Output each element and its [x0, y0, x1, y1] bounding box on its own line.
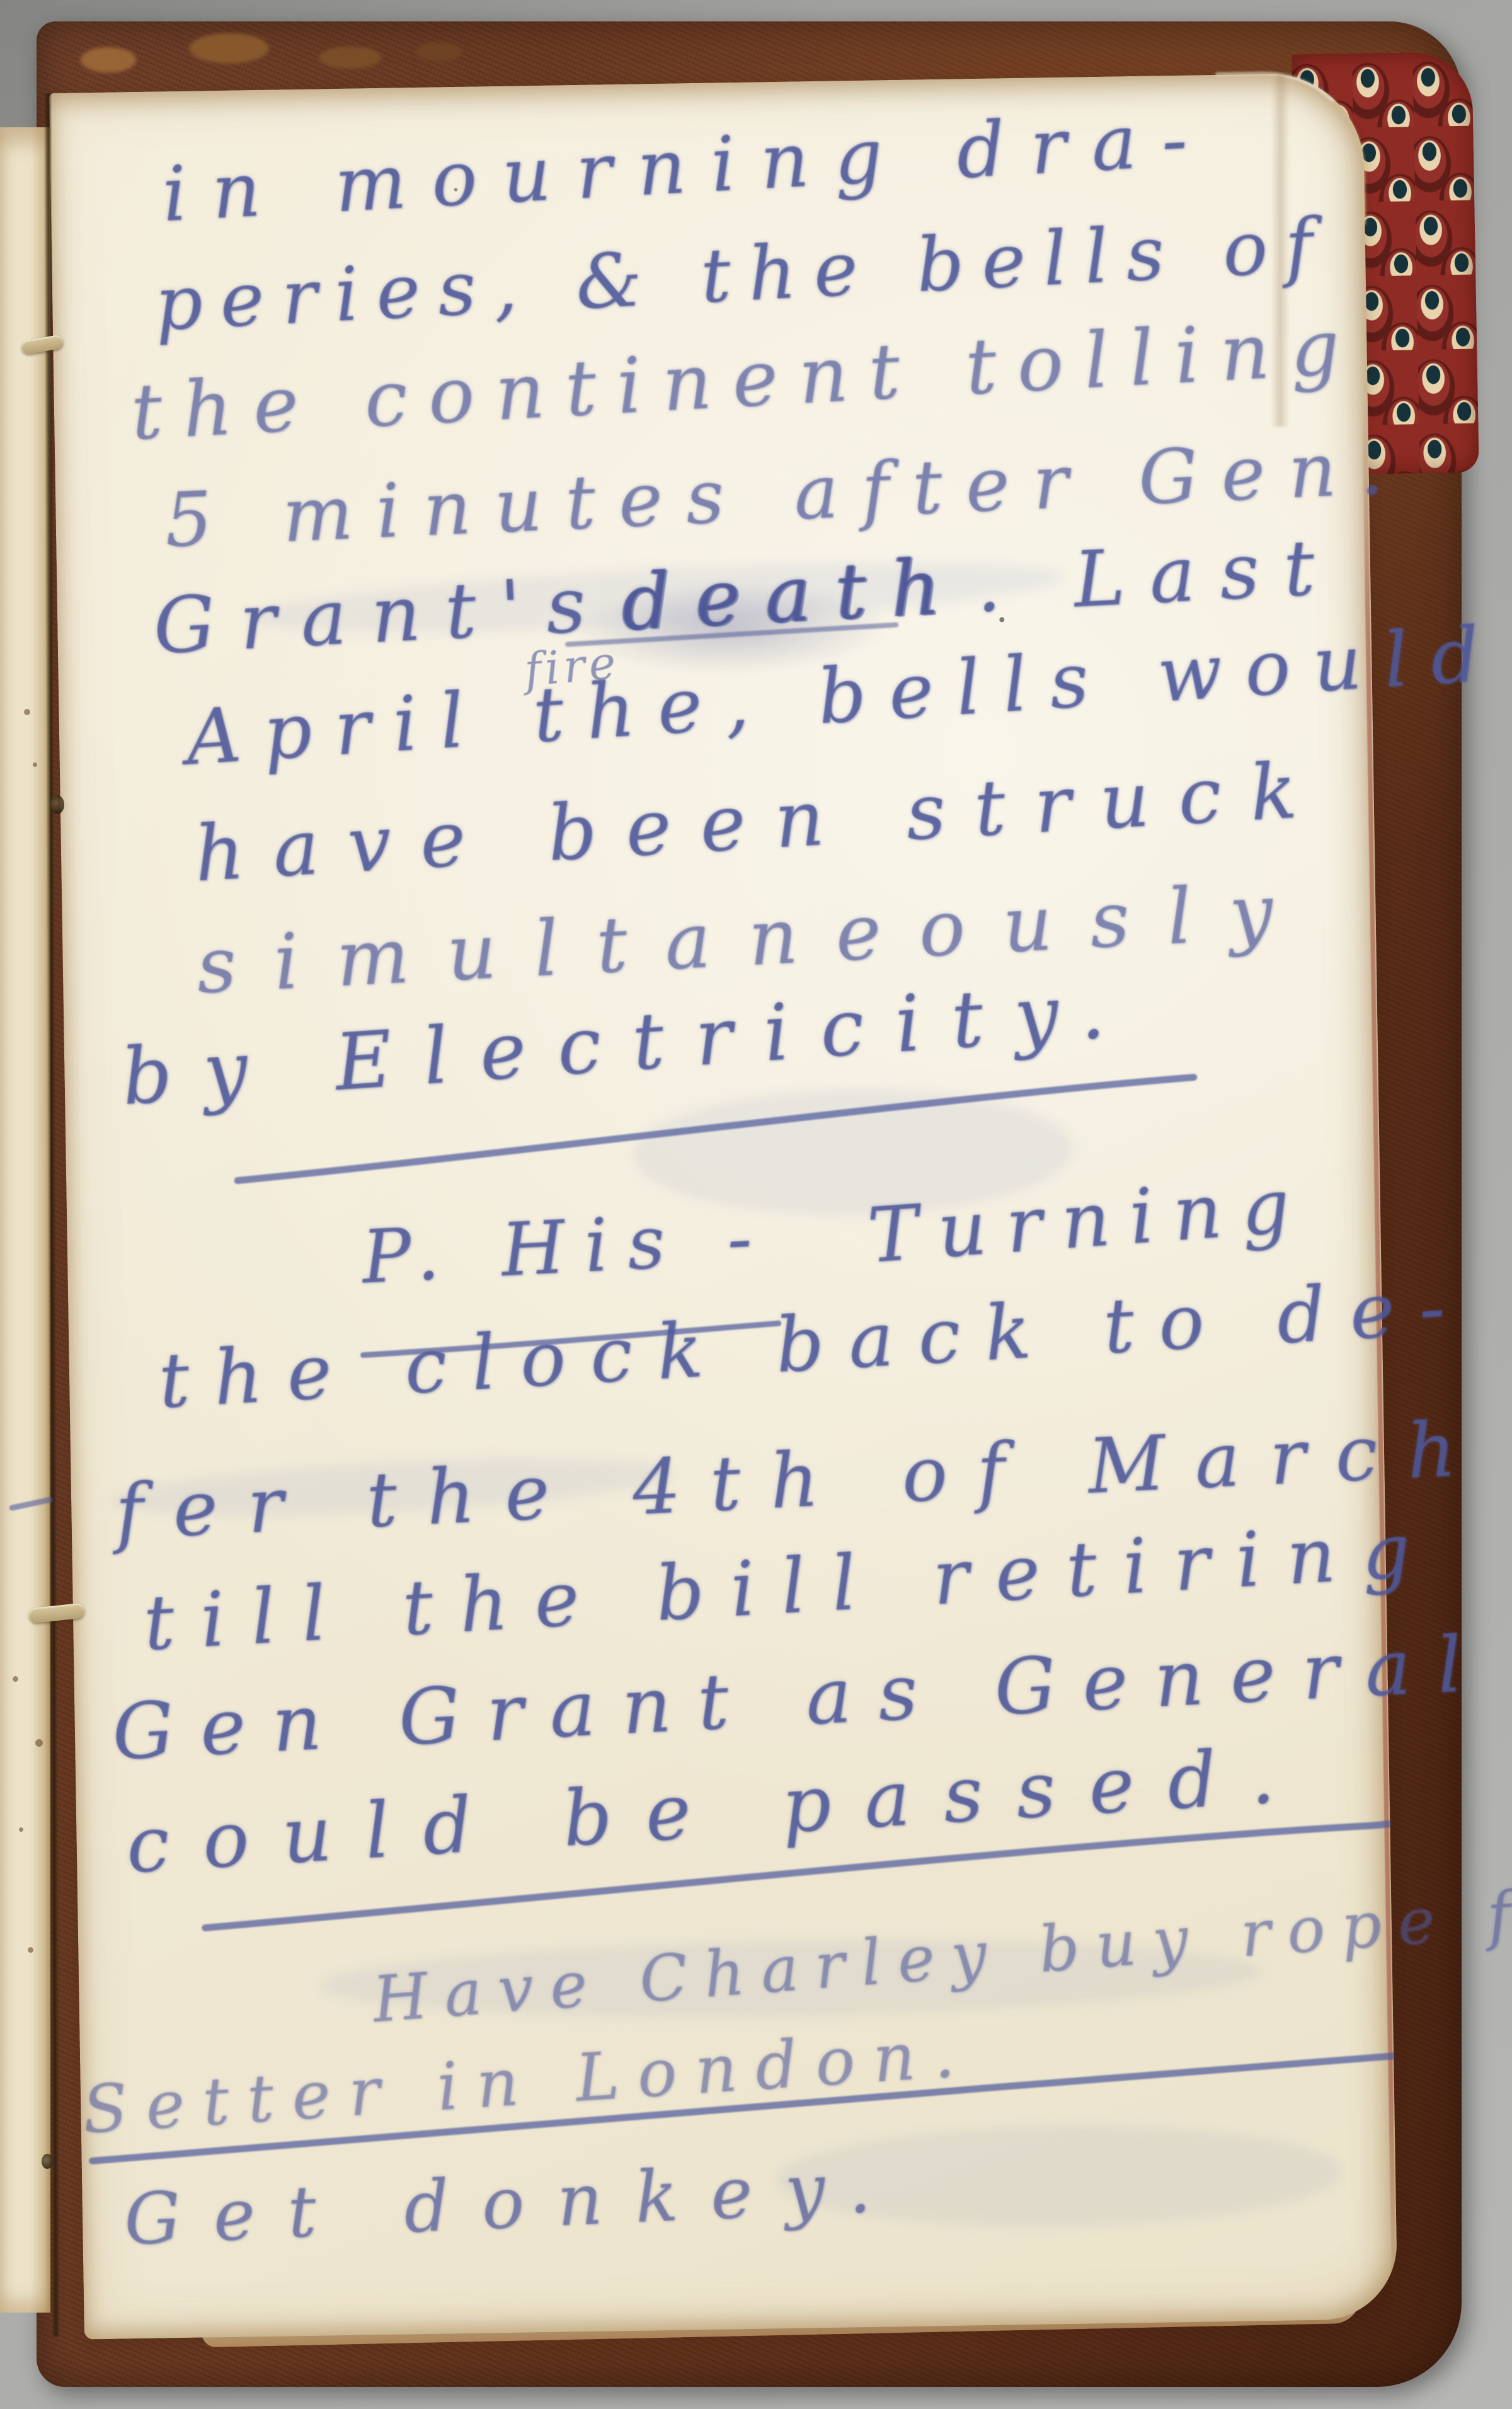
- notebook-photo: in mourning dra- peries, & the bells of …: [0, 0, 1512, 2409]
- pencil-rule-after-passed: [203, 1745, 1398, 1928]
- foxing-speck: [24, 709, 30, 715]
- speck: [999, 617, 1004, 622]
- foxing-speck: [19, 1827, 23, 1832]
- pencil-rule-after-london: [91, 2048, 1397, 2161]
- speck: [454, 188, 457, 192]
- foxing-speck: [33, 762, 37, 767]
- notebook-page: in mourning dra- peries, & the bells of …: [49, 72, 1398, 2339]
- binding-hole: [50, 795, 64, 814]
- foxing-speck: [13, 1676, 18, 1682]
- binding-hole: [42, 2154, 53, 2169]
- foxing-speck: [28, 1947, 33, 1953]
- phis-underline: [363, 1323, 779, 1355]
- foxing-speck: [35, 1739, 43, 1747]
- pencil-rules: [49, 72, 1398, 2339]
- pencil-rule-under-electricity: [236, 1078, 1195, 1181]
- facing-page-edge: [0, 127, 50, 2313]
- worn-suede-edge: [60, 24, 463, 82]
